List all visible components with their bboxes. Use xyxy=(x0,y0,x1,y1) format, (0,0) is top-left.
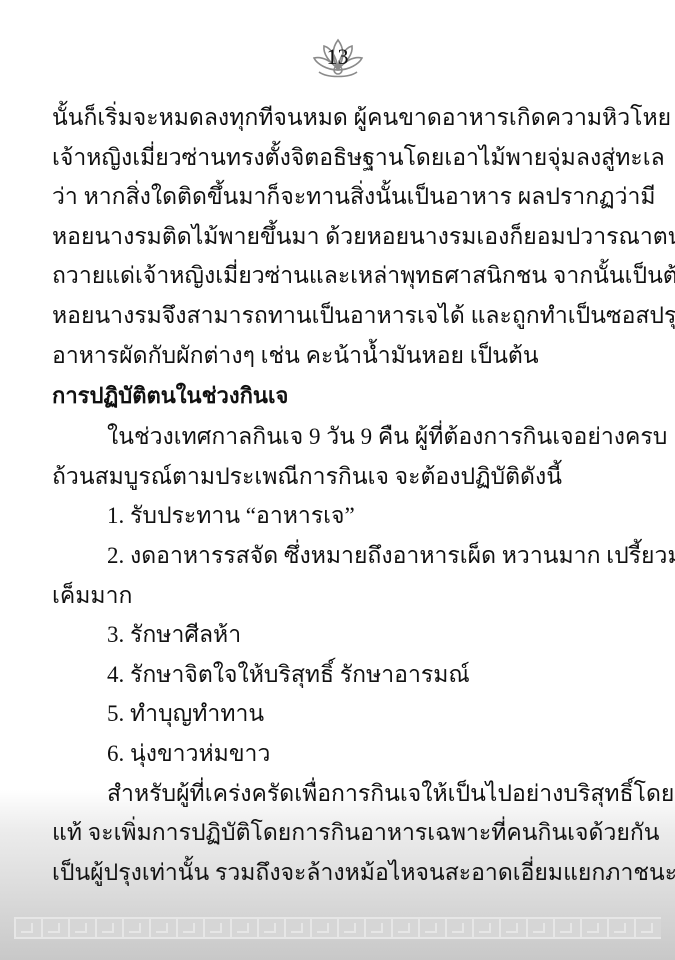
greek-key-tile xyxy=(14,917,41,939)
section-intro: ในช่วงเทศกาลกินเจ 9 วัน 9 คืน ผู้ที่ต้อง… xyxy=(52,417,624,496)
text-line: หอยนางรมจึงสามารถทานเป็นอาหารเจได้ และถู… xyxy=(52,296,624,336)
greek-key-tile xyxy=(337,917,364,939)
text-line: เจ้าหญิงเมี่ยวซ่านทรงตั้งจิตอธิษฐานโดยเอ… xyxy=(52,138,624,178)
rules-list: 1. รับประทาน “อาหารเจ” 2. งดอาหารรสจัด ซ… xyxy=(52,496,624,773)
greek-key-tile xyxy=(526,917,553,939)
text-line: นั้นก็เริ่มจะหมดลงทุกทีจนหมด ผู้คนขาดอาห… xyxy=(52,98,624,138)
greek-key-tile xyxy=(580,917,607,939)
section-heading: การปฏิบัติตนในช่วงกินเจ xyxy=(52,377,624,417)
text-line: เป็นผู้ปรุงเท่านั้น รวมถึงจะล้างหม้อไหจน… xyxy=(52,853,624,893)
greek-key-tile xyxy=(634,917,661,939)
greek-key-tile xyxy=(176,917,203,939)
text-line: ว่า หากสิ่งใดติดขึ้นมาก็จะทานสิ่งนั้นเป็… xyxy=(52,177,624,217)
text-line: แท้ จะเพิ่มการปฏิบัติโดยการกินอาหารเฉพาะ… xyxy=(52,813,624,853)
greek-key-tile xyxy=(445,917,472,939)
list-item: 3. รักษาศีลห้า xyxy=(52,615,624,655)
list-item: 2. งดอาหารรสจัด ซึ่งหมายถึงอาหารเผ็ด หวา… xyxy=(52,536,624,576)
greek-key-tile xyxy=(310,917,337,939)
text-line: ถ้วนสมบูรณ์ตามประเพณีการกินเจ จะต้องปฏิบ… xyxy=(52,457,624,497)
greek-key-tile xyxy=(122,917,149,939)
greek-key-tile xyxy=(284,917,311,939)
list-item-continuation: เค็มมาก xyxy=(52,576,624,616)
text-line: อาหารผัดกับผักต่างๆ เช่น คะน้าน้ำมันหอย … xyxy=(52,336,624,376)
closing-paragraph: สำหรับผู้ที่เคร่งครัดเพื่อการกินเจให้เป็… xyxy=(52,774,624,893)
document-body: นั้นก็เริ่มจะหมดลงทุกทีจนหมด ผู้คนขาดอาห… xyxy=(52,98,624,892)
greek-key-tile xyxy=(553,917,580,939)
greek-key-tile xyxy=(499,917,526,939)
list-item: 6. นุ่งขาวห่มขาว xyxy=(52,734,624,774)
greek-key-tile xyxy=(149,917,176,939)
greek-key-tile xyxy=(68,917,95,939)
list-item: 1. รับประทาน “อาหารเจ” xyxy=(52,496,624,536)
greek-key-tile xyxy=(257,917,284,939)
greek-key-tile xyxy=(230,917,257,939)
list-item: 5. ทำบุญทำทาน xyxy=(52,694,624,734)
greek-key-tile xyxy=(391,917,418,939)
greek-key-tile xyxy=(95,917,122,939)
text-line: ถวายแด่เจ้าหญิงเมี่ยวซ่านและเหล่าพุทธศาส… xyxy=(52,256,624,296)
greek-key-tile xyxy=(364,917,391,939)
intro-paragraph: นั้นก็เริ่มจะหมดลงทุกทีจนหมด ผู้คนขาดอาห… xyxy=(52,98,624,375)
greek-key-tile xyxy=(472,917,499,939)
greek-key-tile xyxy=(607,917,634,939)
text-line: ในช่วงเทศกาลกินเจ 9 วัน 9 คืน ผู้ที่ต้อง… xyxy=(52,417,624,457)
list-item: 4. รักษาจิตใจให้บริสุทธิ์ รักษาอารมณ์ xyxy=(52,655,624,695)
page-number: 13 xyxy=(305,44,371,70)
greek-key-tile xyxy=(203,917,230,939)
greek-key-border xyxy=(14,917,661,939)
greek-key-tile xyxy=(418,917,445,939)
greek-key-tile xyxy=(41,917,68,939)
page-header: 13 xyxy=(0,36,675,82)
text-line: หอยนางรมติดไม้พายขึ้นมา ด้วยหอยนางรมเองก… xyxy=(52,217,624,257)
lotus-icon: 13 xyxy=(305,36,371,82)
text-line: สำหรับผู้ที่เคร่งครัดเพื่อการกินเจให้เป็… xyxy=(52,774,624,814)
